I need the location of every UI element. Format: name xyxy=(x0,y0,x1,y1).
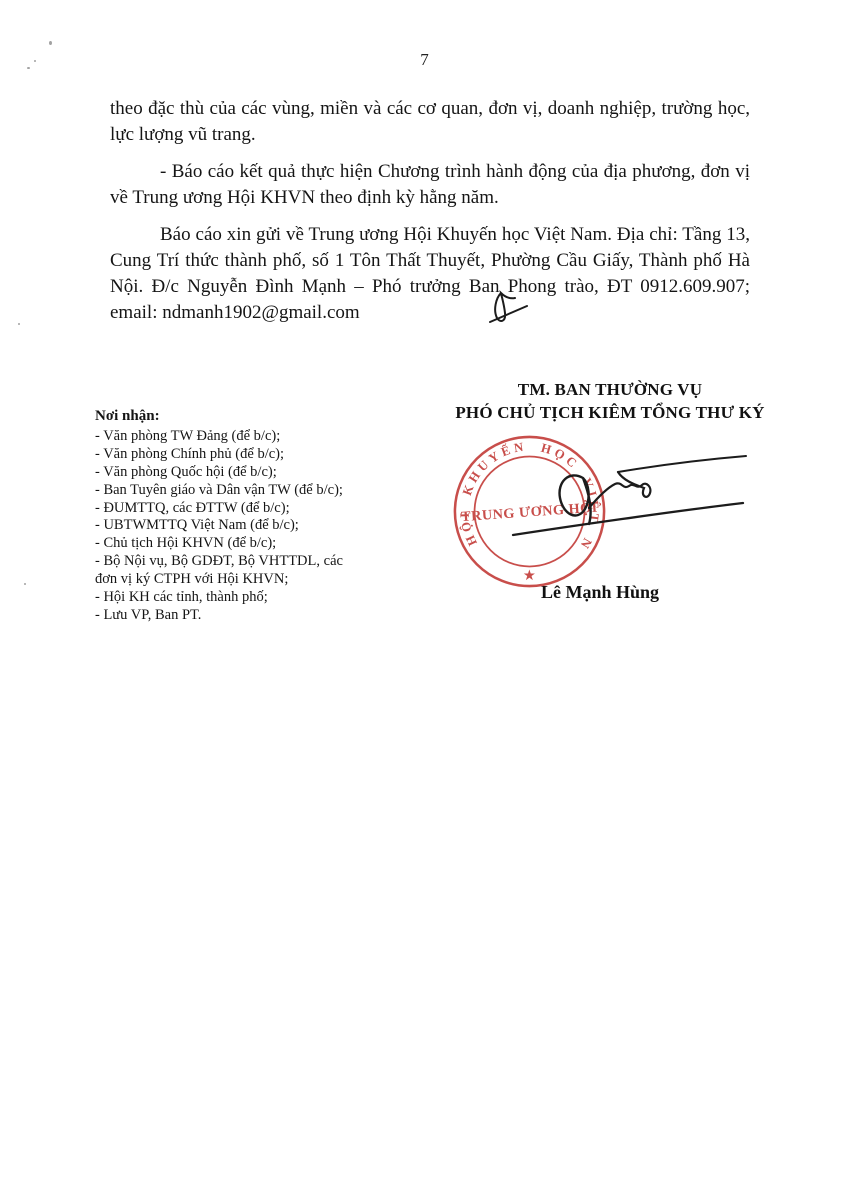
signature-scribble xyxy=(589,472,650,508)
body-paragraph: Báo cáo xin gửi về Trung ương Hội Khuyến… xyxy=(110,222,750,326)
scan-speckle xyxy=(18,323,20,325)
scan-speckle xyxy=(34,60,36,62)
document-page: 7 theo đặc thù của các vùng, miền và các… xyxy=(0,0,849,1200)
recipient-item: - Văn phòng Quốc hội (để b/c); xyxy=(95,464,363,482)
recipient-item: - UBTWMTTQ Việt Nam (để b/c); xyxy=(95,517,363,535)
recipient-item: - Ban Tuyên giáo và Dân vận TW (để b/c); xyxy=(95,482,363,500)
signature-ink xyxy=(505,448,760,548)
recipient-item: - Văn phòng TW Đảng (để b/c); xyxy=(95,428,363,446)
scan-speckle xyxy=(49,41,52,45)
recipients-label: Nơi nhận: xyxy=(95,408,363,426)
scan-speckle xyxy=(24,583,26,585)
signature-underline xyxy=(513,503,743,535)
page-number: 7 xyxy=(0,50,849,70)
initials-stroke xyxy=(495,293,515,321)
recipient-item: - ĐUMTTQ, các ĐTTW (để b/c); xyxy=(95,500,363,518)
recipient-item: - Lưu VP, Ban PT. xyxy=(95,607,363,625)
initials-ink xyxy=(486,289,530,327)
star-icon: ★ xyxy=(523,568,536,584)
signature-overline xyxy=(618,456,746,472)
recipients-block: Nơi nhận: - Văn phòng TW Đảng (để b/c); … xyxy=(95,408,363,625)
recipient-item: - Hội KH các tỉnh, thành phố; xyxy=(95,589,363,607)
document-body: theo đặc thù của các vùng, miền và các c… xyxy=(110,96,750,326)
body-paragraph: - Báo cáo kết quả thực hiện Chương trình… xyxy=(110,159,750,211)
signature-authority: TM. BAN THƯỜNG VỤ PHÓ CHỦ TỊCH KIÊM TỔNG… xyxy=(430,378,790,424)
authority-line-1: TM. BAN THƯỜNG VỤ xyxy=(430,378,790,401)
recipient-item: - Bộ Nội vụ, Bộ GDĐT, Bộ VHTTDL, các đơn… xyxy=(95,553,363,589)
recipient-item: - Chủ tịch Hội KHVN (để b/c); xyxy=(95,535,363,553)
recipient-item: - Văn phòng Chính phủ (để b/c); xyxy=(95,446,363,464)
scan-speckle xyxy=(27,67,30,69)
authority-line-2: PHÓ CHỦ TỊCH KIÊM TỔNG THƯ KÝ xyxy=(430,401,790,424)
signature-loop xyxy=(560,475,591,524)
body-paragraph: theo đặc thù của các vùng, miền và các c… xyxy=(110,96,750,148)
